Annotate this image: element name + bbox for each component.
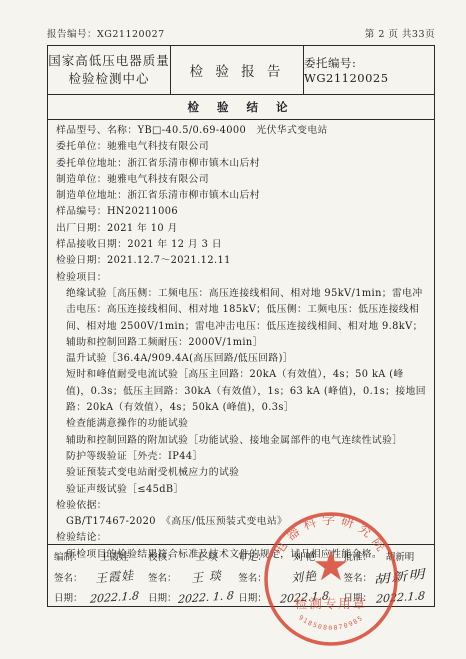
- signature-row: 编制：王霞娃 签名：王霞娃 日期：2022.1.8 校核：王 琰 签名：王 琰 …: [48, 544, 434, 606]
- approver-sign-label: 签名：: [344, 570, 373, 584]
- reviewer-date: 2022.1.8: [279, 589, 329, 606]
- test-item-current: 短时和峰值耐受电流试验［高压主回路：20kA（有效值），4s；50 kA (峰值…: [56, 367, 426, 416]
- receive-date-line: 样品接收日期：2021 年 12 月 3 日: [56, 237, 426, 253]
- compiler-name: 王霞娃: [83, 549, 146, 563]
- sample-number-line: 样品编号：HN20211006: [56, 204, 426, 220]
- basis-text: GB/T17467-2020 《高压/低压预装式变电站》: [56, 514, 426, 530]
- test-item-mechanical: 验证预装式变电站耐受机械应力的试验: [56, 465, 426, 481]
- report-title: 检 验 报 告: [190, 60, 285, 80]
- entrust-number: 委托编号: WG21120025: [304, 55, 434, 85]
- test-item-auxiliary: 辅助和控制回路的附加试验［功能试验、接地金属部件的电气连续性试验］: [56, 433, 426, 449]
- approver-date-label: 日期：: [344, 590, 373, 604]
- approver-role-label: 批准：: [344, 549, 373, 563]
- test-items-label: 检验项目：: [56, 270, 426, 286]
- approver-date: 2022.1.8: [375, 589, 425, 606]
- approver-signature: 胡新明: [373, 565, 427, 588]
- svg-text:9185080070985: 9185080070985: [297, 614, 365, 632]
- test-items-list: 绝缘试验［高压侧：工频电压：高压连接线相间、相对地 95kV/1min；雷电冲击…: [56, 286, 426, 498]
- compiler-role-label: 编制：: [54, 549, 83, 563]
- page-meta: 报告编号：XG21120027 第 2 页 共33页: [47, 26, 435, 40]
- checker-date: 2022. 1. 8: [178, 589, 235, 606]
- maker-address-line: 制造单位地址：浙江省乐清市柳市镇木山后村: [56, 188, 426, 204]
- section-title: 检 验 结 论: [187, 99, 294, 115]
- test-item-temperature: 温升试验［36.4A/909.4A(高压回路/低压回路)］: [56, 351, 426, 367]
- org-name-line2: 检验检测中心: [68, 70, 149, 88]
- report-body: 样品型号、名称：YB□-40.5/0.69-4000 光伏华式变电站 委托单位：…: [48, 120, 434, 563]
- sample-model-line: 样品型号、名称：YB□-40.5/0.69-4000 光伏华式变电站: [56, 123, 426, 139]
- section-title-row: 检 验 结 论: [48, 95, 434, 120]
- document-page: 报告编号：XG21120027 第 2 页 共33页 国家高低压电器质量 检验检…: [0, 0, 466, 659]
- compiler-sign-label: 签名：: [54, 570, 83, 584]
- checker-sign-label: 签名：: [148, 570, 177, 584]
- signature-col-approver: 批准：胡新明 签名：胡新明 日期：2022.1.8: [344, 549, 430, 604]
- compiler-signature: 王霞娃: [94, 566, 134, 586]
- seal-number: 9185080070985: [297, 614, 365, 632]
- test-item-sound-level: 验证声级试验［≤45dB］: [56, 482, 426, 498]
- checker-signature: 王 琰: [190, 567, 222, 587]
- signature-col-reviewer: 审定：刘 艳 签名：刘艳 日期：2022.1.8: [238, 549, 343, 604]
- approver-name: 胡新明: [372, 549, 428, 563]
- checker-role-label: 校核：: [148, 549, 177, 563]
- reviewer-signature: 刘艳: [290, 567, 317, 586]
- reviewer-sign-label: 签名：: [238, 570, 267, 584]
- test-item-function: 检查能满意操作的功能试验: [56, 416, 426, 432]
- signature-col-compiler: 编制：王霞娃 签名：王霞娃 日期：2022.1.8: [54, 549, 148, 604]
- table-header-row: 国家高低压电器质量 检验检测中心 检 验 报 告 委托编号: WG2112002…: [48, 46, 434, 95]
- client-line: 委托单位：驰雅电气科技有限公司: [56, 139, 426, 155]
- reviewer-role-label: 审定：: [238, 549, 267, 563]
- compiler-date-label: 日期：: [54, 590, 83, 604]
- test-item-insulation: 绝缘试验［高压侧：工频电压：高压连接线相间、相对地 95kV/1min；雷电冲击…: [56, 286, 426, 351]
- signature-col-checker: 校核：王 琰 签名：王 琰 日期：2022. 1. 8: [148, 549, 238, 604]
- basis-label: 检验依据：: [56, 498, 426, 514]
- entrust-number-cell: 委托编号: WG21120025: [304, 46, 434, 94]
- test-item-ip-rating: 防护等级验证［外壳：IP44］: [56, 449, 426, 465]
- page-indicator: 第 2 页 共33页: [365, 26, 435, 40]
- report-title-cell: 检 验 报 告: [171, 46, 304, 94]
- reviewer-name: 刘 艳: [267, 549, 342, 563]
- org-name-line1: 国家高低压电器质量: [48, 52, 170, 70]
- client-address-line: 委托单位地址：浙江省乐清市柳市镇木山后村: [56, 156, 426, 172]
- maker-line: 制造单位：驰雅电气科技有限公司: [56, 172, 426, 188]
- compiler-date: 2022.1.8: [89, 589, 139, 606]
- reviewer-date-label: 日期：: [238, 590, 267, 604]
- report-number: 报告编号：XG21120027: [47, 26, 165, 40]
- report-table: 国家高低压电器质量 检验检测中心 检 验 报 告 委托编号: WG2112002…: [47, 45, 435, 607]
- checker-date-label: 日期：: [148, 590, 177, 604]
- test-date-line: 检验日期：2021.12.7～2021.12.11: [56, 253, 426, 269]
- checker-name: 王 琰: [177, 549, 237, 563]
- org-name-cell: 国家高低压电器质量 检验检测中心: [48, 46, 171, 94]
- factory-date-line: 出厂日期：2021 年 10 月: [56, 221, 426, 237]
